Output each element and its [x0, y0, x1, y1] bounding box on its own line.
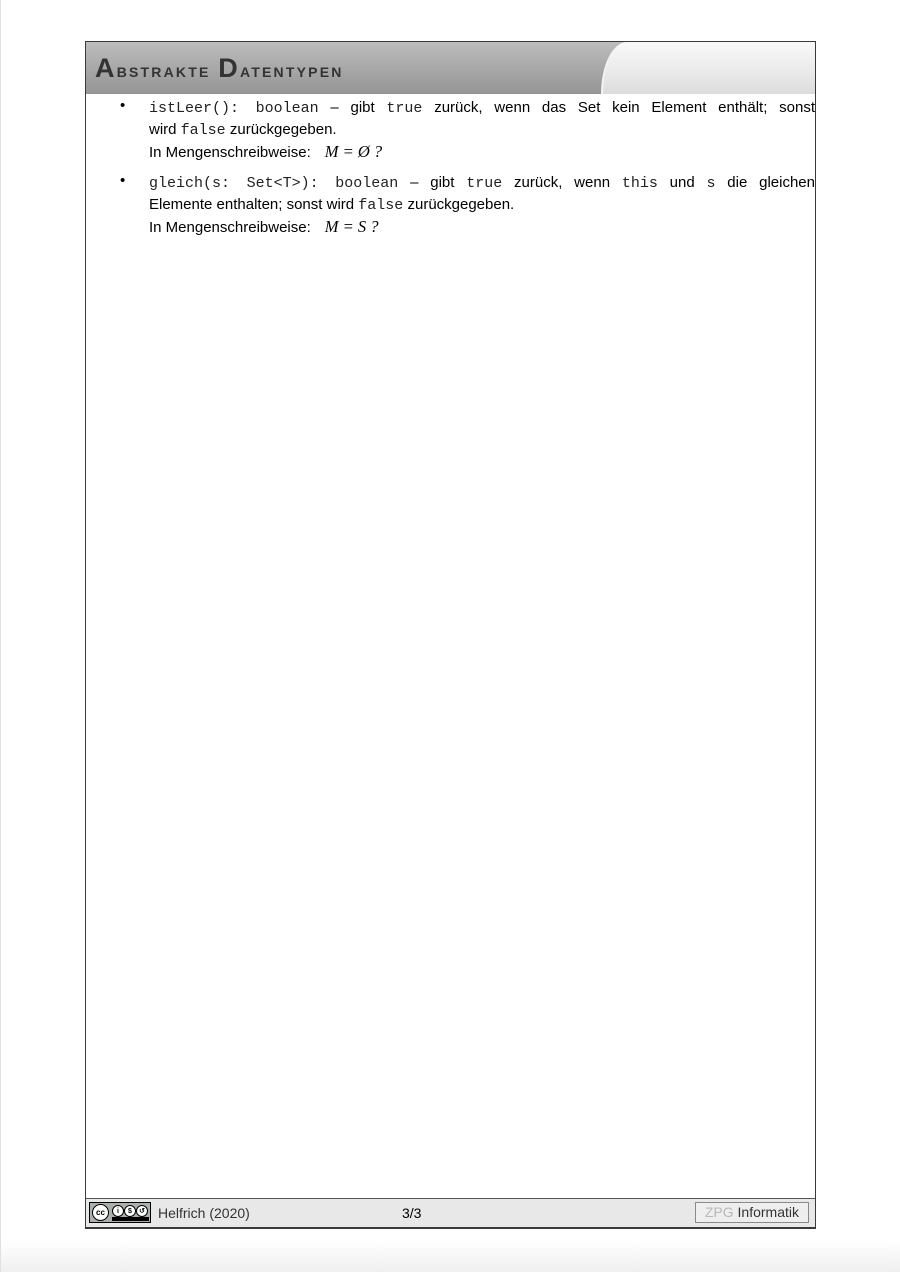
cc-by-nc-sa-icon[interactable]: cc i $ ↺ — [89, 1202, 151, 1223]
document-page: Abstrakte Datentypen • istLeer(): boolea… — [85, 41, 816, 1229]
bullet-icon: • — [120, 172, 125, 189]
set-notation-label: In Mengenschreibweise: — [149, 144, 311, 161]
nc-icon: $ — [124, 1205, 136, 1217]
bullet-icon: • — [120, 97, 125, 114]
page-number: 3/3 — [402, 1205, 421, 1221]
set-notation-expression: M = S ? — [325, 217, 379, 236]
page-title: Abstrakte Datentypen — [95, 53, 344, 84]
page-header: Abstrakte Datentypen — [86, 42, 815, 94]
header-decor-panel — [601, 42, 815, 94]
set-notation-label: In Mengenschreibweise: — [149, 219, 311, 236]
page-footer: cc i $ ↺ Helfrich (2020) 3/3 ZPG Informa… — [86, 1198, 815, 1227]
sa-icon: ↺ — [136, 1205, 148, 1217]
method-signature: istLeer(): boolean — [149, 100, 319, 117]
method-signature: gleich(s: Set<T>): boolean — [149, 175, 398, 192]
brand-label: ZPG Informatik — [695, 1202, 809, 1223]
set-notation-expression: M = Ø ? — [325, 142, 382, 161]
by-icon: i — [112, 1205, 124, 1217]
viewer-left-edge — [0, 0, 1, 1272]
author-credit: Helfrich (2020) — [158, 1205, 250, 1221]
